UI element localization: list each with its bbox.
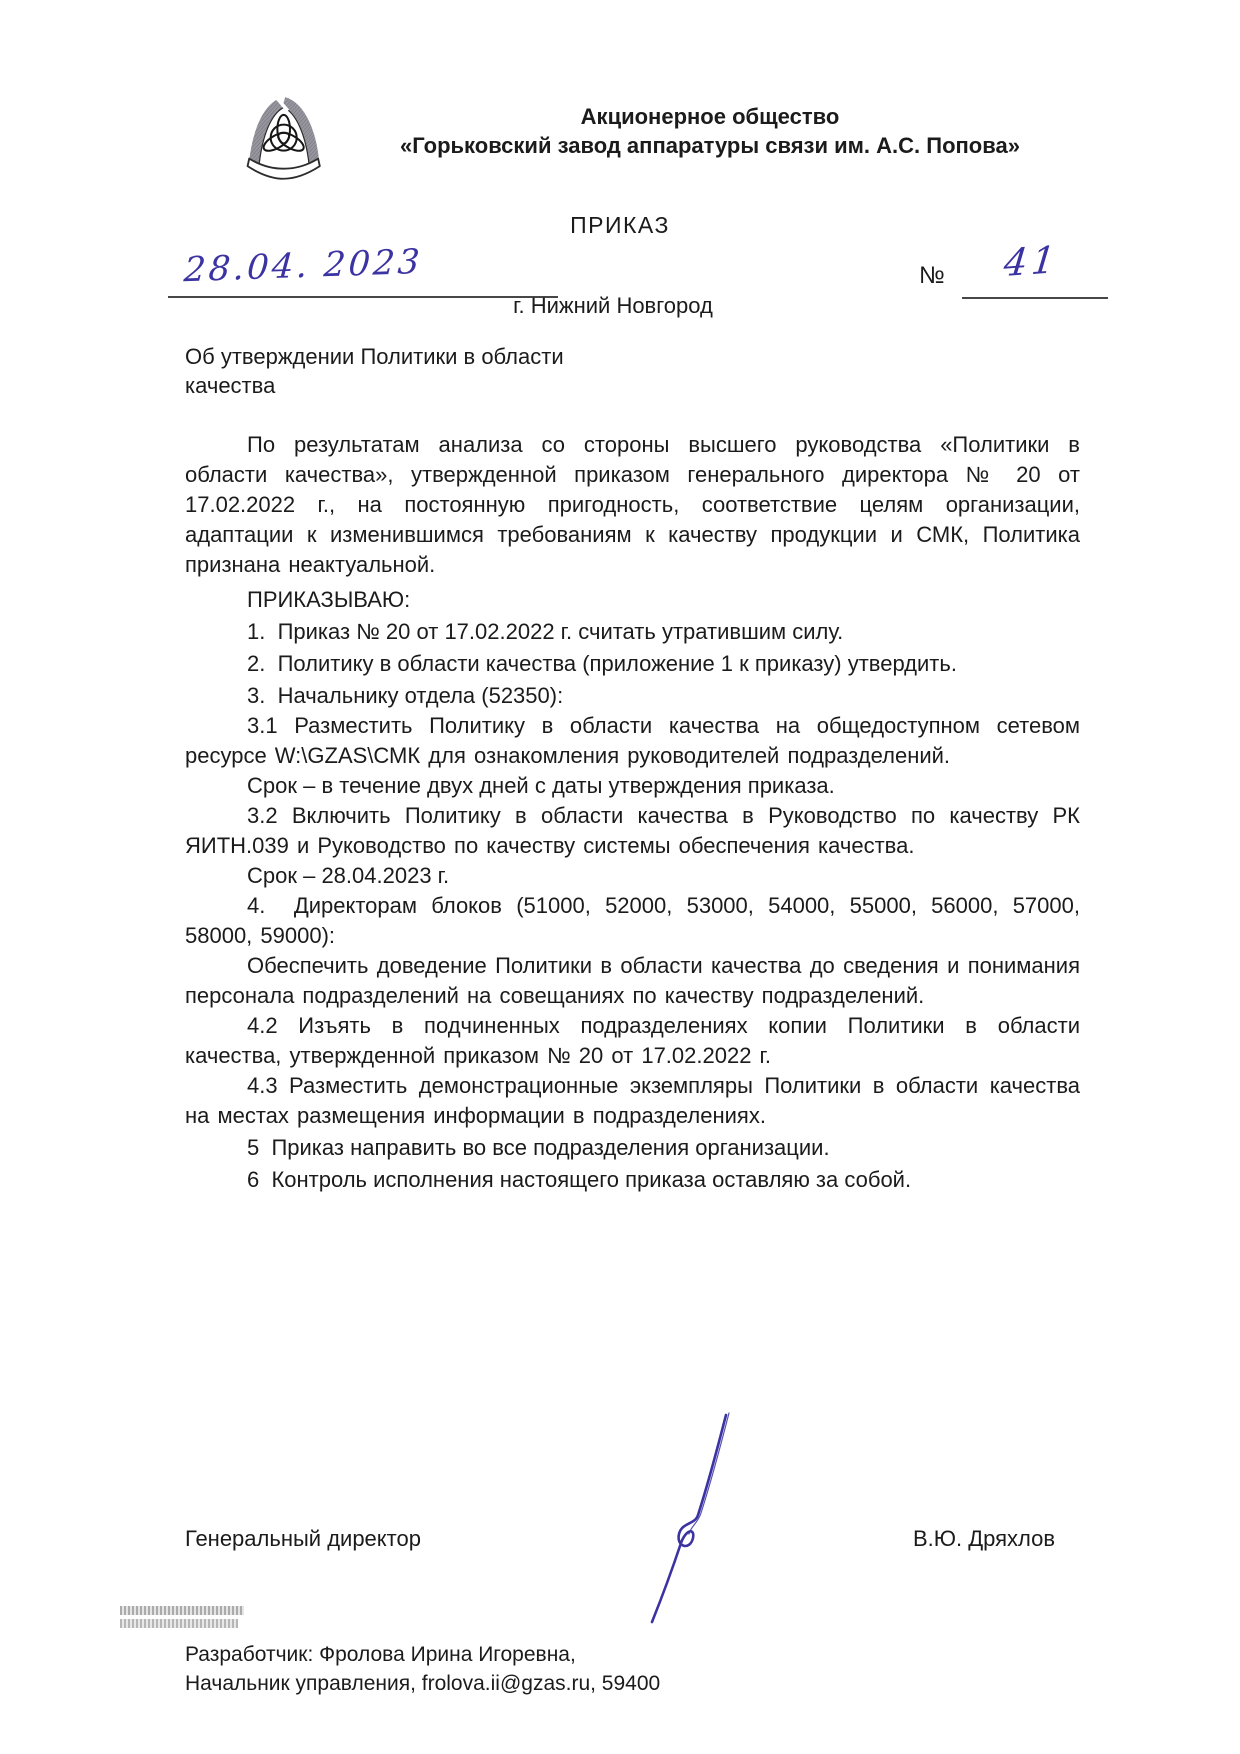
document-title: ПРИКАЗ [0,212,1240,239]
order-item: 4.2 Изъять в подчиненных подразделениях … [185,1011,1080,1071]
developer-line-1: Разработчик: Фролова Ирина Игоревна, [185,1640,660,1669]
developer-footer: Разработчик: Фролова Ирина Игоревна, Нач… [185,1640,660,1698]
intro-paragraph: По результатам анализа со стороны высшег… [185,430,1080,580]
order-item: Срок – 28.04.2023 г. [185,861,1080,891]
order-body: По результатам анализа со стороны высшег… [185,430,1080,1195]
barcode-strip [120,1619,238,1628]
city-line: г. Нижний Новгород [0,293,1226,319]
order-item: 6 Контроль исполнения настоящего приказа… [185,1165,1080,1195]
order-item: Срок – в течение двух дней с даты утверж… [185,771,1080,801]
signatory-role: Генеральный директор [185,1526,421,1552]
order-item: 3.1 Разместить Политику в области качест… [185,711,1080,771]
scan-artifact-barcode [120,1606,244,1632]
subject-block: Об утверждении Политики в области качест… [185,342,564,400]
barcode-strip [120,1606,244,1615]
handwritten-order-number: 41 [1002,238,1062,285]
org-name-line2: «Горьковский завод аппаратуры связи им. … [340,131,1080,160]
subject-line-2: качества [185,371,564,400]
signature-icon [640,1412,740,1632]
order-item: 3. Начальнику отдела (52350): [185,681,1080,711]
subject-line-1: Об утверждении Политики в области [185,342,564,371]
handwritten-date: 28.04. 2023 [183,242,424,290]
document-page: Акционерное общество «Горьковский завод … [0,0,1240,1754]
numero-sign: № [919,262,945,290]
order-item: 3.2 Включить Политику в области качества… [185,801,1080,861]
signatory-name: В.Ю. Дряхлов [913,1526,1055,1552]
order-heading: ПРИКАЗЫВАЮ: [185,585,1080,615]
order-item: 4. Директорам блоков (51000, 52000, 5300… [185,891,1080,951]
order-item: 1. Приказ № 20 от 17.02.2022 г. считать … [185,617,1080,647]
order-item: 4.3 Разместить демонстрационные экземпля… [185,1071,1080,1131]
developer-line-2: Начальник управления, frolova.ii@gzas.ru… [185,1669,660,1698]
order-item: Обеспечить доведение Политики в области … [185,951,1080,1011]
order-item: 2. Политику в области качества (приложен… [185,649,1080,679]
order-item: 5 Приказ направить во все подразделения … [185,1133,1080,1163]
company-logo-icon [240,94,324,198]
org-name-line1: Акционерное общество [340,102,1080,131]
org-header: Акционерное общество «Горьковский завод … [340,102,1080,160]
